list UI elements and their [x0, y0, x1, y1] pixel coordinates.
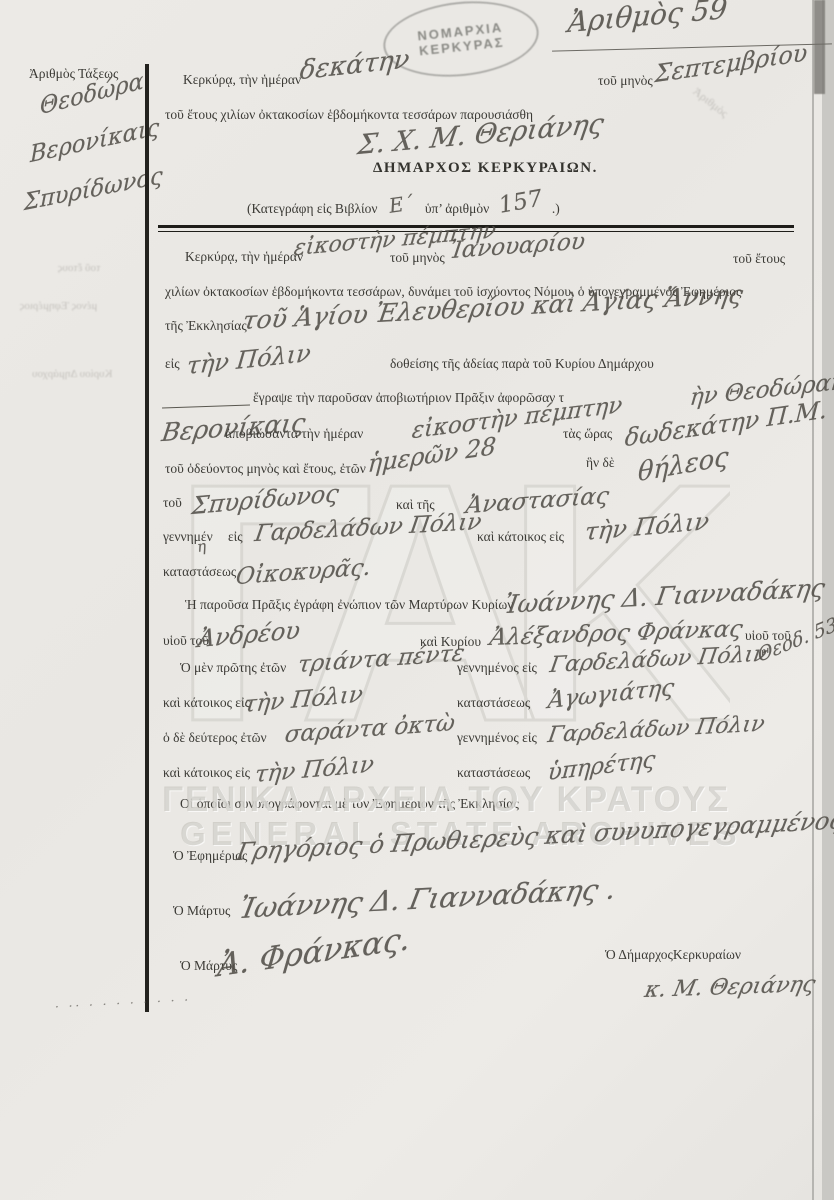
page-edge-shadow [822, 0, 834, 1200]
scanned-document-page: ΓΑΚ ΝΟΜΑΡΧΙΑ ΚΕΡΚΥΡΑΣ Ἀριθμὸς 59 Ἀριθμὸς… [0, 0, 834, 1200]
registration-label-b: ὑπ’ ἀριθμὸν [425, 201, 489, 216]
archive-watermark-greek: ΓΕΝΙΚΑ ΑΡΧΕΙΑ ΤΟΥ ΚΡΑΤΟΥΣ [162, 780, 730, 820]
stray-ink-dots: · ·· · · · · · · · · [55, 993, 192, 1014]
witness1-signature: Ἰωάννης Δ. Γιανναδάκης . [237, 872, 619, 925]
witness2-status-label: καταστάσεως [457, 765, 530, 781]
resident-label: καὶ κάτοικος εἰς [477, 529, 564, 545]
witness1-birthplace-label: γεννημένος εἰς [457, 660, 537, 676]
bleed-through-text: Κυρίου Δημάρχου [32, 368, 113, 380]
church-label: τῆς Ἐκκλησίας [165, 318, 247, 334]
header-place-day-label: Κερκύρᾳ, τὴν ἡμέραν [183, 72, 301, 88]
witness1-signature-label: Ὁ Μάρτυς [173, 903, 230, 919]
registration-line: (Κατεγράφη εἰς Βιβλίον Ε´ ὑπ’ ἀριθμὸν 15… [247, 193, 560, 219]
mother-label: καὶ τῆς [396, 497, 435, 513]
act-written-label: ἔγραψε τὴν παροῦσαν ἀποβιωτήριον Πρᾶξιν … [253, 390, 564, 406]
mayor-signature-label: Ὁ ΔήμαρχοςΚερκυραίων [605, 947, 741, 963]
death-day-label: ἀποβιώσαντα τὴν ἡμέραν [225, 426, 363, 442]
sex-label: ἣν δὲ [586, 455, 615, 471]
witness1-residence-label: καὶ κάτοικος εἰς [163, 695, 250, 711]
page-corner-shadow [814, 0, 825, 94]
mayor-title: ΔΗΜΑΡΧΟΣ ΚΕΡΚΥΡΑΙΩΝ. [373, 160, 598, 177]
death-hours-label: τὰς ὥρας [563, 426, 612, 442]
witness2-residence-label: καὶ κάτοικος εἰς [163, 765, 250, 781]
witness2-birthplace-label: γεννημένος εἰς [457, 730, 537, 746]
act-month-label: τοῦ μηνὸς [390, 250, 445, 266]
handwritten-book-number: Ε´ [387, 191, 415, 218]
act-date-label: Κερκύρᾳ, τὴν ἡμέραν [185, 249, 303, 265]
bleed-through-text: τοῦ ἔτους [58, 262, 100, 274]
witness2-age-label: ὁ δὲ δεύτερος ἐτῶν [163, 730, 267, 746]
current-month-age-label: τοῦ ὁδεύοντος μηνὸς καὶ ἔτους, ἐτῶν [165, 461, 366, 477]
status-label: καταστάσεως [163, 564, 236, 580]
witness1-status-label: καταστάσεως [457, 695, 530, 711]
parish-location-label: εἰς [165, 356, 180, 372]
witnesses-intro-label: Ἡ παροῦσα Πρᾶξις ἐγράφη ἐνώπιον τῶν Μαρτ… [185, 597, 513, 613]
header-month-label: τοῦ μηνὸς [598, 73, 653, 89]
registration-label-a: (Κατεγράφη εἰς Βιβλίον [247, 201, 377, 216]
handwritten-header-day: δεκάτην [298, 44, 411, 86]
handwritten-registration-number: 157 [496, 186, 544, 219]
born-at-label: εἰς [228, 529, 243, 545]
margin-vertical-rule [145, 64, 149, 1012]
bleed-through-text: μένος Ἐφημέριος [20, 300, 97, 312]
registration-label-c: .) [552, 201, 560, 216]
margin-handwritten-name-3: Σπυρίδωνος [24, 163, 163, 217]
father-label: τοῦ [163, 495, 182, 511]
mayor-signature: κ. Μ. Θεριάνης [642, 972, 817, 1003]
handwritten-archive-number: Ἀριθμὸς 59 [567, 0, 729, 39]
margin-handwritten-name-2: Βερονίκαις [30, 114, 159, 168]
permission-label: δοθείσης τῆς ἀδείας παρὰ τοῦ Κυρίου Δημά… [390, 356, 654, 372]
bleed-through-text: Ἀριθμὸς [690, 84, 731, 121]
witness2-signature: Ἀ. Φράνκας. [216, 921, 412, 985]
act-year-label: τοῦ ἔτους [733, 251, 785, 267]
witness1-age-label: Ὁ μὲν πρῶτης ἐτῶν [180, 660, 286, 676]
